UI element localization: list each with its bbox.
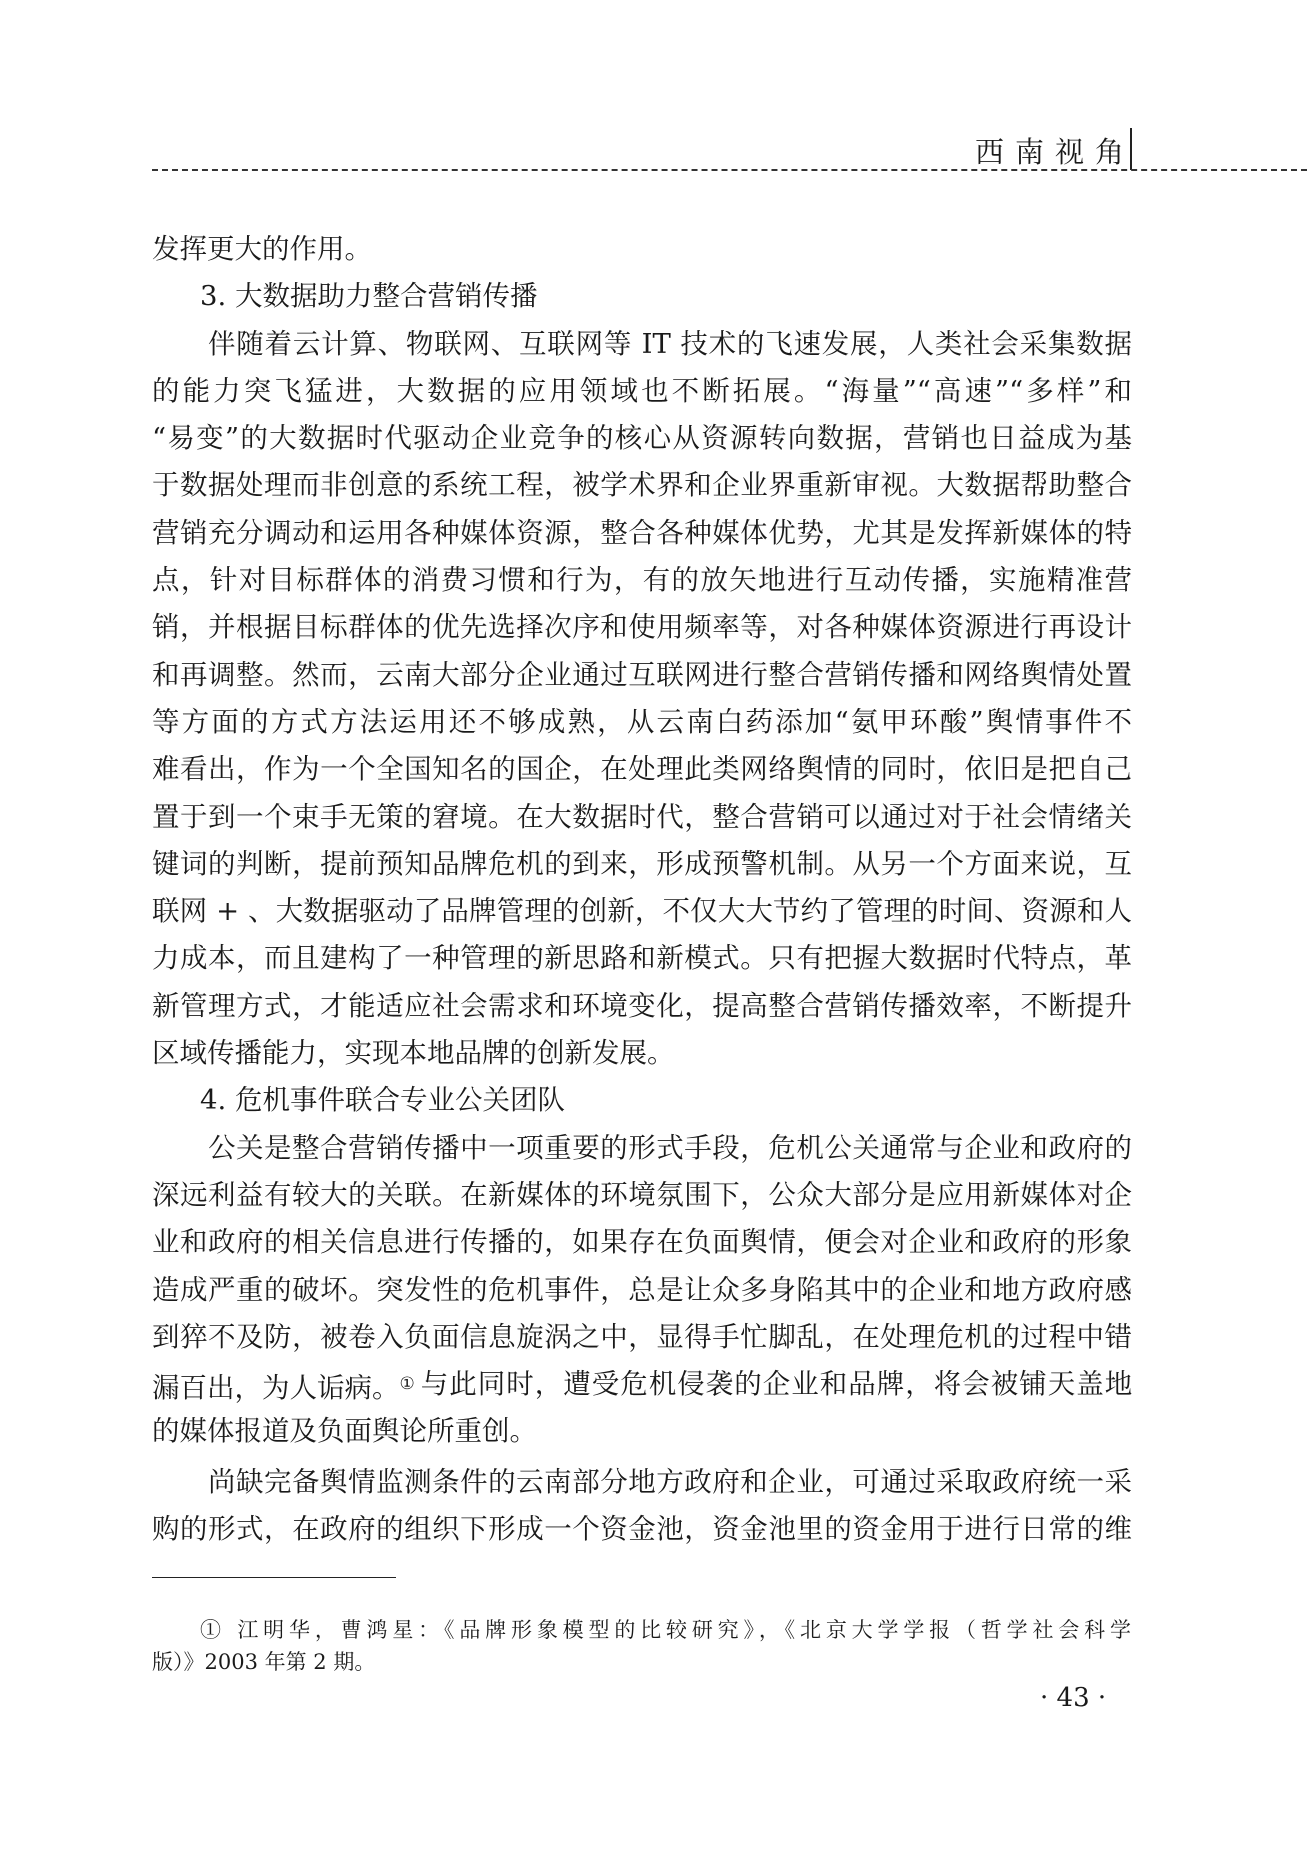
section-title: 西南视角 xyxy=(975,134,1135,170)
footnotes: ① 江明华，曹鸿星：《品牌形象模型的比较研究》，《北京大学学报（哲学社会科学 版… xyxy=(152,1614,1132,1678)
text-line: 键词的判断，提前预知品牌危机的到来，形成预警机制。从另一个方面来说，互 xyxy=(152,841,1132,888)
text-line: 难看出，作为一个全国知名的国企，在处理此类网络舆情的同时，依旧是把自己 xyxy=(152,746,1132,793)
text-line: 到猝不及防，被卷入负面信息旋涡之中，显得手忙脚乱，在处理危机的过程中错 xyxy=(152,1314,1132,1361)
text-line: 购的形式，在政府的组织下形成一个资金池，资金池里的资金用于进行日常的维 xyxy=(152,1506,1132,1553)
running-header: 西南视角 xyxy=(0,0,1307,175)
page-number: · 43 · xyxy=(1040,1683,1106,1713)
text-line: 置于到一个束手无策的窘境。在大数据时代，整合营销可以通过对于社会情绪关 xyxy=(152,794,1132,841)
text-line: 等方面的方式方法运用还不够成熟，从云南白药添加“氨甲环酸”舆情事件不 xyxy=(152,699,1132,746)
text-segment: 漏百出，为人诟病。① xyxy=(152,1361,421,1408)
text-line: 尚缺完备舆情监测条件的云南部分地方政府和企业，可通过采取政府统一采 xyxy=(152,1459,1132,1506)
text-line: 点，针对目标群体的消费习惯和行为，有的放矢地进行互动传播，实施精准营 xyxy=(152,557,1132,604)
text-line: 深远利益有较大的关联。在新媒体的环境氛围下，公众大部分是应用新媒体对企 xyxy=(152,1172,1132,1219)
text-line: 漏百出，为人诟病。① 与此同时，遭受危机侵袭的企业和品牌，将会被铺天盖地 xyxy=(152,1361,1132,1408)
text-line: “易变”的大数据时代驱动企业竞争的核心从资源转向数据，营销也日益成为基 xyxy=(152,415,1132,462)
text-line: 的能力突飞猛进，大数据的应用领域也不断拓展。“海量”“高速”“多样”和 xyxy=(152,368,1132,415)
text-line: 伴随着云计算、物联网、互联网等 IT 技术的飞速发展，人类社会采集数据 xyxy=(152,321,1132,368)
header-dashed-rule xyxy=(152,169,1307,171)
footnote-line: 版）》2003 年第 2 期。 xyxy=(152,1646,1132,1678)
text-line: 于数据处理而非创意的系统工程，被学术界和企业界重新审视。大数据帮助整合 xyxy=(152,462,1132,509)
text-line: 发挥更大的作用。 xyxy=(152,226,1132,273)
text-line: 和再调整。然而，云南大部分企业通过互联网进行整合营销传播和网络舆情处置 xyxy=(152,652,1132,699)
text-line: 营销充分调动和运用各种媒体资源，整合各种媒体优势，尤其是发挥新媒体的特 xyxy=(152,510,1132,557)
body-text: 发挥更大的作用。 3. 大数据助力整合营销传播 伴随着云计算、物联网、互联网等 … xyxy=(152,226,1132,1553)
footnote-separator xyxy=(152,1577,396,1578)
text-line: 新管理方式，才能适应社会需求和环境变化，提高整合营销传播效率，不断提升 xyxy=(152,983,1132,1030)
header-vertical-rule xyxy=(1130,128,1132,170)
text-line: 业和政府的相关信息进行传播的，如果存在负面舆情，便会对企业和政府的形象 xyxy=(152,1219,1132,1266)
text-line: 区域传播能力，实现本地品牌的创新发展。 xyxy=(152,1030,1132,1077)
section-heading: 3. 大数据助力整合营销传播 xyxy=(152,273,1132,320)
text-line: 联网 + 、大数据驱动了品牌管理的创新，不仅大大节约了管理的时间、资源和人 xyxy=(152,888,1132,935)
text-line: 力成本，而且建构了一种管理的新思路和新模式。只有把握大数据时代特点，革 xyxy=(152,935,1132,982)
text-line: 造成严重的破坏。突发性的危机事件，总是让众多身陷其中的企业和地方政府感 xyxy=(152,1267,1132,1314)
text-line: 公关是整合营销传播中一项重要的形式手段，危机公关通常与企业和政府的 xyxy=(152,1125,1132,1172)
section-heading: 4. 危机事件联合专业公关团队 xyxy=(152,1077,1132,1124)
text-line: 销，并根据目标群体的优先选择次序和使用频率等，对各种媒体资源进行再设计 xyxy=(152,604,1132,651)
text-line: 的媒体报道及负面舆论所重创。 xyxy=(152,1408,1132,1455)
footnote-reference[interactable]: ① xyxy=(400,1374,415,1394)
footnote-line: ① 江明华，曹鸿星：《品牌形象模型的比较研究》，《北京大学学报（哲学社会科学 xyxy=(152,1614,1132,1646)
text-segment: 与此同时，遭受危机侵袭的企业和品牌，将会被铺天盖地 xyxy=(421,1361,1134,1408)
